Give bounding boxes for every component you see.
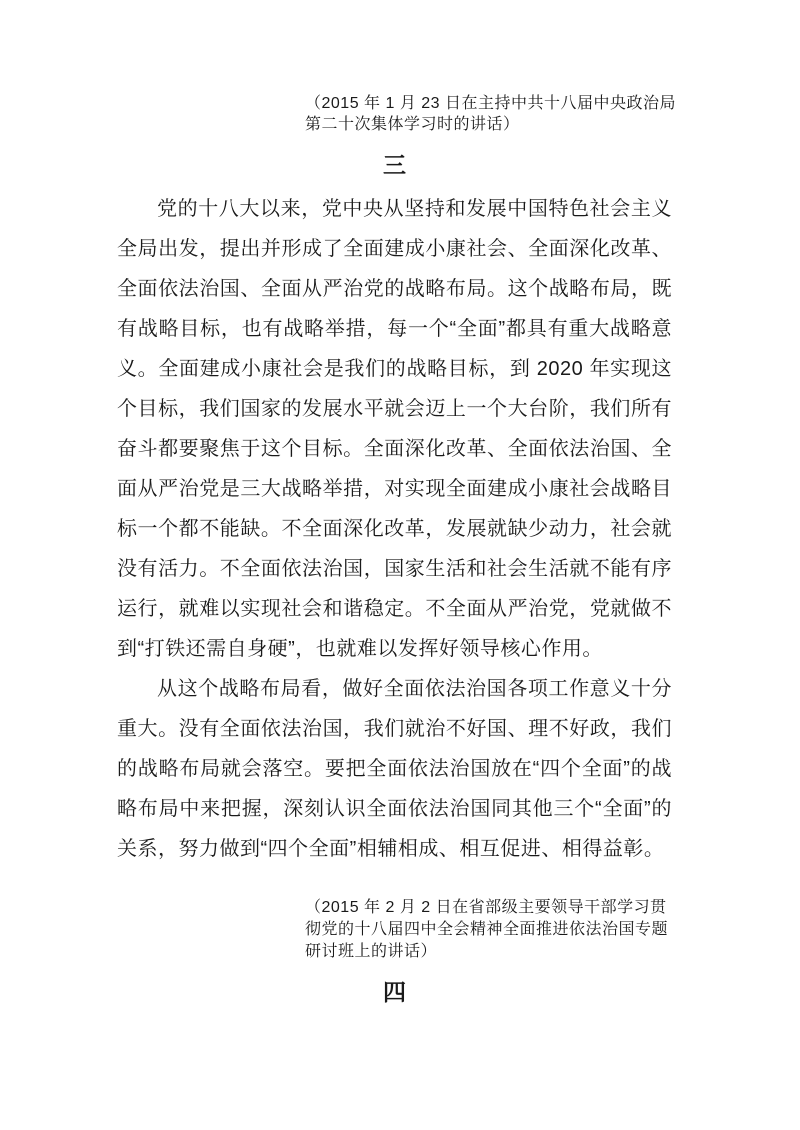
section-heading-three: 三 [117, 151, 672, 179]
body-paragraph-1: 党的十八大以来，党中央从坚持和发展中国特色社会主义全局出发，提出并形成了全面建成… [117, 189, 672, 669]
document-page: （2015 年 1 月 23 日在主持中共十八届中央政治局第二十次集体学习时的讲… [0, 0, 800, 1130]
speech-attribution-note-1: （2015 年 1 月 23 日在主持中共十八届中央政治局第二十次集体学习时的讲… [305, 93, 677, 135]
speech-attribution-note-2: （2015 年 2 月 2 日在省部级主要领导干部学习贯彻党的十八届四中全会精神… [305, 897, 677, 963]
body-paragraph-2: 从这个战略布局看，做好全面依法治国各项工作意义十分重大。没有全面依法治国，我们就… [117, 669, 672, 869]
section-heading-four: 四 [117, 978, 672, 1006]
